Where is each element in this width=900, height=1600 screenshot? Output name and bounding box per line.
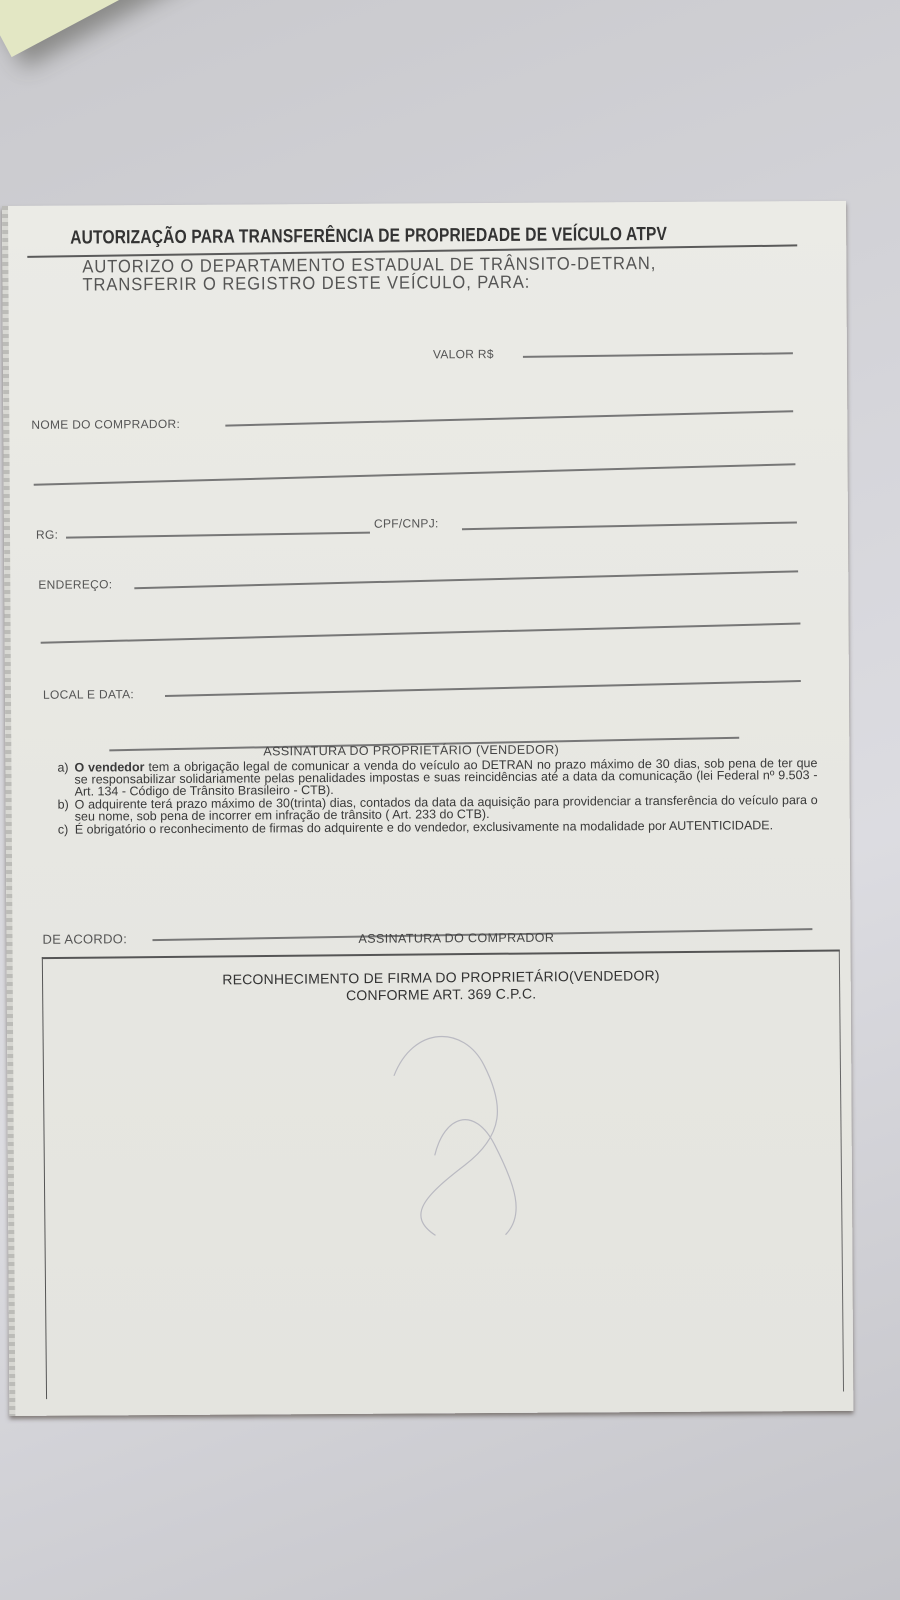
- valor-label: VALOR R$: [433, 347, 494, 361]
- intro-line-2: TRANSFERIR O REGISTRO DESTE VEÍCULO, PAR…: [82, 272, 656, 294]
- cpf-cnpj-field[interactable]: [462, 521, 797, 530]
- signature-recognition-box: RECONHECIMENTO DE FIRMA DO PROPRIETÁRIO(…: [42, 950, 844, 1400]
- nome-comprador-field[interactable]: [225, 410, 793, 426]
- atpv-form: AUTORIZAÇÃO PARA TRANSFERÊNCIA DE PROPRI…: [2, 201, 853, 1416]
- legal-notes: a) O vendedor tem a obrigação legal de c…: [57, 757, 817, 837]
- recognition-box-title: RECONHECIMENTO DE FIRMA DO PROPRIETÁRIO(…: [43, 966, 839, 1008]
- authorization-statement: AUTORIZO O DEPARTAMENTO ESTADUAL DE TRÂN…: [82, 254, 656, 294]
- background-paper-corner: [0, 0, 188, 57]
- endereco-label: ENDEREÇO:: [38, 577, 112, 591]
- cpf-cnpj-label: CPF/CNPJ:: [374, 516, 439, 530]
- faint-handwriting: [373, 1014, 555, 1246]
- note-c: c) É obrigatório o reconhecimento de fir…: [58, 819, 818, 836]
- form-title: AUTORIZAÇÃO PARA TRANSFERÊNCIA DE PROPRI…: [70, 224, 667, 250]
- rg-label: RG:: [36, 528, 58, 542]
- buyer-signature-caption: ASSINATURA DO COMPRADOR: [358, 931, 554, 946]
- rg-field[interactable]: [66, 532, 370, 539]
- nome-comprador-field-line-2[interactable]: [34, 463, 796, 486]
- endereco-field-line-2[interactable]: [41, 623, 801, 644]
- de-acordo-label: DE ACORDO:: [42, 931, 127, 947]
- note-a: a) O vendedor tem a obrigação legal de c…: [57, 757, 817, 798]
- nome-comprador-label: NOME DO COMPRADOR:: [31, 417, 180, 432]
- seller-signature-caption: ASSINATURA DO PROPRIETÁRIO (VENDEDOR): [263, 743, 559, 759]
- local-data-label: LOCAL E DATA:: [43, 687, 134, 702]
- local-data-field[interactable]: [165, 680, 801, 697]
- valor-field[interactable]: [523, 352, 793, 358]
- endereco-field[interactable]: [134, 570, 798, 589]
